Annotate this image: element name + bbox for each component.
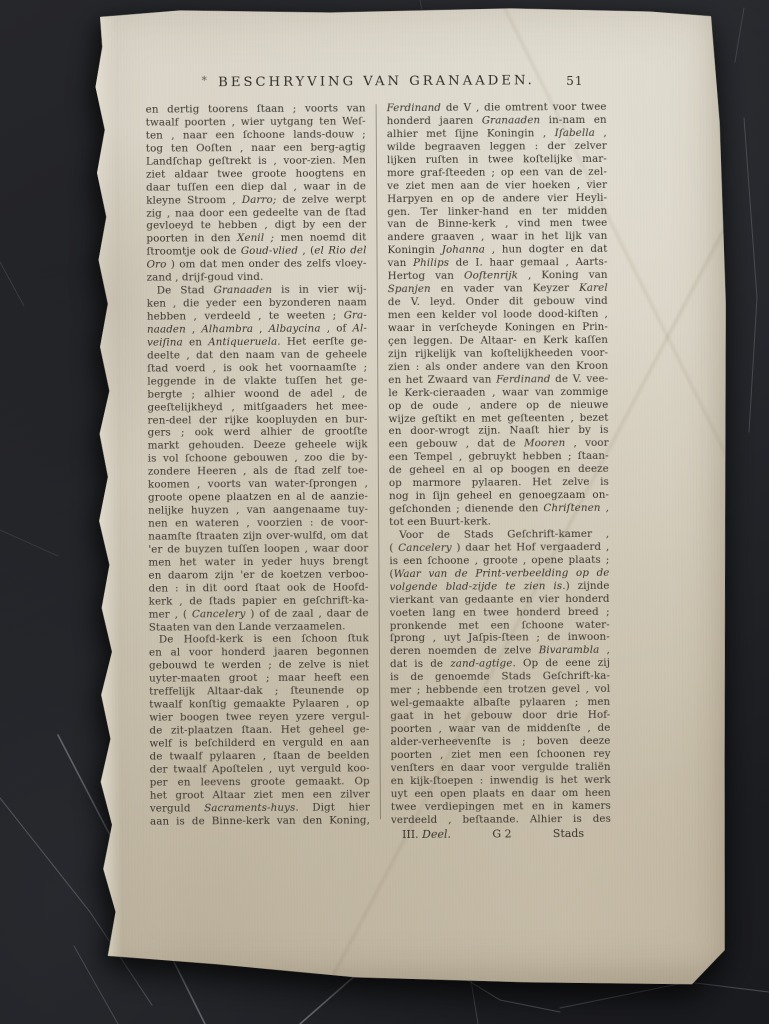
text-line: hebben , verdeeld , te weeten ; Gra- <box>147 309 367 323</box>
text-column-left: en dertig toorens ſtaan ; voorts vantwaa… <box>146 102 370 828</box>
text-line: is de genoemde Stads Geſchrift-ka- <box>390 670 610 684</box>
text-line: ſprong , uyt Jaſpis-ſteen ; de inwoon- <box>390 631 610 645</box>
text-line: de geheel en al op boogen en deeze <box>389 463 609 477</box>
text-line: het groot Altaar ziet men een zilver <box>150 788 370 802</box>
text-line: nog in ſijn geheel en genoegzaam on- <box>389 489 609 503</box>
text-line: daar tuſſen een diep dal , waar in de <box>146 180 366 194</box>
text-line: en door-wrogt zijn. Naaſt hier by is <box>389 424 609 438</box>
text-line: nen en wateren , voorzien : de voor- <box>148 516 368 530</box>
text-line: gaat in het gebouw door drie Hof- <box>390 709 610 723</box>
text-line: Landſchap geſtrekt is , voor-zien. Men <box>146 154 366 168</box>
footer-volume: III. Deel. <box>402 827 451 840</box>
text-line: waar in verſcheyde Koningen en Prin- <box>388 321 608 335</box>
text-line: le Kerk-cieraaden , waar van zommige <box>388 385 608 399</box>
text-line: zien : als onder andere van den Kroon <box>388 360 608 374</box>
column-rule <box>376 104 381 818</box>
text-line: verdeeld , beſtaande. Alhier is des <box>391 812 611 826</box>
two-column-text: en dertig toorens ſtaan ; voorts vantwaa… <box>146 101 612 828</box>
text-line: men het water in yeder huys brengt <box>148 555 368 569</box>
text-block: * BESCHRYVING VAN GRANAADEN. 51 en derti… <box>145 70 612 842</box>
text-line: (Waar van de Print-verbeelding op de <box>389 567 609 581</box>
text-line: bergte ; alhier woond de adel , de <box>147 387 367 401</box>
running-header: * BESCHRYVING VAN GRANAADEN. 51 <box>145 70 607 99</box>
photo-of-book-on-dark-marble: { "colors": {"paper":"#d6d0c1","ink":"#3… <box>0 0 769 1024</box>
text-line: de V. leyd. Onder dit gebouw vind <box>388 295 608 309</box>
text-line: aan is de Binne-kerk van den Koning, <box>150 814 370 828</box>
text-line: Harpyen en op de andere vier Heyli- <box>387 191 607 205</box>
text-line: 'er de buyzen tuſſen loopen , waar door <box>148 542 368 556</box>
text-line: ziet aldaar twee groote hoogtens en <box>146 167 366 181</box>
text-line: op marmore pylaaren. Het zelve is <box>389 476 609 490</box>
footer-catchword: Stads <box>553 826 584 839</box>
text-line: Oro ) om dat men onder des zelfs vloey- <box>147 258 367 272</box>
text-line: dat is de zand-agtige. Op de eene zij <box>390 657 610 671</box>
text-line: geſchonden ; dienende den Chriſtenen , <box>389 502 609 516</box>
text-line: uyter-maaten groot ; maar heeft een <box>149 672 369 686</box>
text-line: twaalf konſtig gemaakte Pylaaren , op <box>149 697 369 711</box>
text-line: twaalf poorten , wier uytgang ten Weſ- <box>146 115 366 129</box>
footer-signature: G 2 <box>492 827 511 840</box>
text-line: en daarom zijn 'er de koetzen verboo- <box>148 568 368 582</box>
text-line: Ferdinand de V , die omtrent voor twee <box>387 101 607 115</box>
text-line: wier boogen twee reyen yzere vergul- <box>149 710 369 724</box>
text-line: ve ziet men aan de vier hoeken , vier <box>387 178 607 192</box>
text-line: kerk , de ſtads papier en geſchrift-ka- <box>149 594 369 608</box>
text-line: de zit-plaatzen ſtaan. Het geheel ge- <box>149 723 369 737</box>
text-line: deelte , dat den naam van de geheele <box>147 348 367 362</box>
book-page: * BESCHRYVING VAN GRANAADEN. 51 en derti… <box>90 3 733 990</box>
text-line: naaden , Alhambra , Albaycina , of Al- <box>147 322 367 336</box>
text-line: een gebouw , dat de Mooren , voor <box>389 437 609 451</box>
text-line: Koningin Johanna , hun dogter en dat <box>387 243 607 257</box>
text-line: wel-gemaakte albaſte pylaaren ; men <box>390 696 610 710</box>
text-line: uyt een open plaats en daar om heen <box>391 786 611 800</box>
text-line: lijken ruſten in twee koſtelijke mar- <box>387 153 607 167</box>
text-line: andere graaven , waar in het lijk van <box>387 230 607 244</box>
text-line: voeten lang en twee honderd breed ; <box>390 605 610 619</box>
text-line: een Tempel , gebruykt hebben ; ſtaan- <box>389 450 609 464</box>
text-line: deren noemden de zelve Bivarambla , <box>390 644 610 658</box>
text-line: verguld Sacraments-huys. Digt hier <box>150 801 370 815</box>
text-line: de twaalf pylaaren , ſtaan de beelden <box>150 749 370 763</box>
text-line: van Philips de I. haar gemaal , Aarts- <box>388 256 608 270</box>
text-line: den : in dit oord ſtaat ook de Hoofd- <box>149 581 369 595</box>
text-line: ( Cancelery ) daar het Hof vergaaderd , <box>389 541 609 555</box>
text-line: more graf-ſteeden ; op een van de zel- <box>387 165 607 179</box>
header-ornament: * <box>201 74 207 87</box>
text-line: Voor de Stads Geſchrift-kamer , <box>389 528 609 542</box>
text-line: volgende blad-zijde te zien is.) zijnde … <box>390 579 610 593</box>
text-line: men een kelder vol loode dood-kiſten , <box>388 308 608 322</box>
text-line: op de oude , andere op de nieuwe <box>388 398 608 412</box>
text-line: tot een Buurt-kerk. <box>389 515 609 529</box>
text-column-right: Ferdinand de V , die omtrent voor tweeho… <box>387 101 611 827</box>
page-footer: III. Deel. G 2 Stads <box>402 826 584 840</box>
text-line: wilde begraaven leggen : der zelver <box>387 140 607 154</box>
text-line: ſtad voerd , is ook het voornaamſte ; <box>147 361 367 375</box>
text-line: koomen , voorts van water-ſprongen , <box>148 477 368 491</box>
text-line: mer , ( Cancelery ) of de zaal , daar de <box>149 607 369 621</box>
text-line: veiſina en Antiqueruela. Het eerſte ge- <box>147 335 367 349</box>
text-line: en het Zwaard van Ferdinand de V. vee- <box>388 372 608 386</box>
text-line: Hertog van Ooſtenrijk , Koning van <box>388 269 608 283</box>
text-line: alhier met ſijne Koningin , Iſabella , <box>387 127 607 141</box>
text-line: Spanjen en vader van Keyzer Karel <box>388 282 608 296</box>
text-line: wijze geſtikt en met geſteenten , bezet <box>388 411 608 425</box>
text-line: zondere Heeren , als de ſtad zelf toe- <box>148 465 368 479</box>
text-line: treffelijk Altaar-dak ; ſteunende op <box>149 684 369 698</box>
text-line: der twaalf Apoſtelen , uyt verguld koo- <box>150 762 370 776</box>
text-line: is vol ſchoone gebouwen , zoo die by- <box>148 452 368 466</box>
text-line: en al voor honderd jaaren begonnen <box>149 646 369 660</box>
text-line: geeſtelijkheyd , mitſgaaders het mee- <box>147 400 367 414</box>
text-line: welf is beſchilderd en verguld en aan <box>149 736 369 750</box>
text-line: en dertig toorens ſtaan ; voorts van <box>146 102 366 116</box>
text-line: en kijk-ſtoepen : inwendig is het werk <box>391 774 611 788</box>
text-line: poorten , waar van de middenſte , de <box>390 722 610 736</box>
text-line: poorten , ziet men een ſchoonen rey <box>391 748 611 762</box>
text-line: gers ; ook werd alhier de grootſte <box>148 426 368 440</box>
text-line: tog ten Ooſten , naar een berg-agtig <box>146 141 366 155</box>
text-line: groote opene plaatzen en al de aanzie- <box>148 490 368 504</box>
text-line: ten , naar een ſchoone lands-douw ; <box>146 128 366 142</box>
page-number: 51 <box>566 74 583 88</box>
text-line: gebouwd te werden ; de zelve is niet <box>149 659 369 673</box>
text-line: De Hoofd-kerk is een ſchoon ſtuk <box>149 633 369 647</box>
text-line: kleyne Stroom , Darro; de zelve werpt <box>146 193 366 207</box>
text-line: per en leevens groote gemaakt. Op <box>150 775 370 789</box>
text-line: venſters en daar voor vergulde traliën <box>391 761 611 775</box>
text-line: twee verdiepingen met en in kamers <box>391 799 611 813</box>
text-line: zijn rijkelijk van koſtelijkheeden voor- <box>388 347 608 361</box>
text-line: markt gehouden. Deeze geheele wijk <box>148 439 368 453</box>
text-line: pronkende met een ſchoone water- <box>390 618 610 632</box>
text-line: naamſte ſtraaten zijn over-wulfd, om dat <box>148 529 368 543</box>
text-line: vierkant van gedaante en vier honderd <box>390 592 610 606</box>
text-line: alder-verheevenſte is ; boven deeze <box>390 735 610 749</box>
text-line: mer ; hebbende een trotzen gevel , vol <box>390 683 610 697</box>
page-header-title: BESCHRYVING VAN GRANAADEN. <box>145 70 607 91</box>
text-line: çen leggen. De Altaar- en Kerk kaſſen <box>388 334 608 348</box>
text-line: nelijke huyzen , van aangenaame tuy- <box>148 503 368 517</box>
text-line: leggende in de vlakte tuſſen het ge- <box>147 374 367 388</box>
text-line: is een ſchoone , groote , opene plaats ; <box>389 554 609 568</box>
text-line: Staaten van den Lande verzaamelen. <box>149 620 369 634</box>
